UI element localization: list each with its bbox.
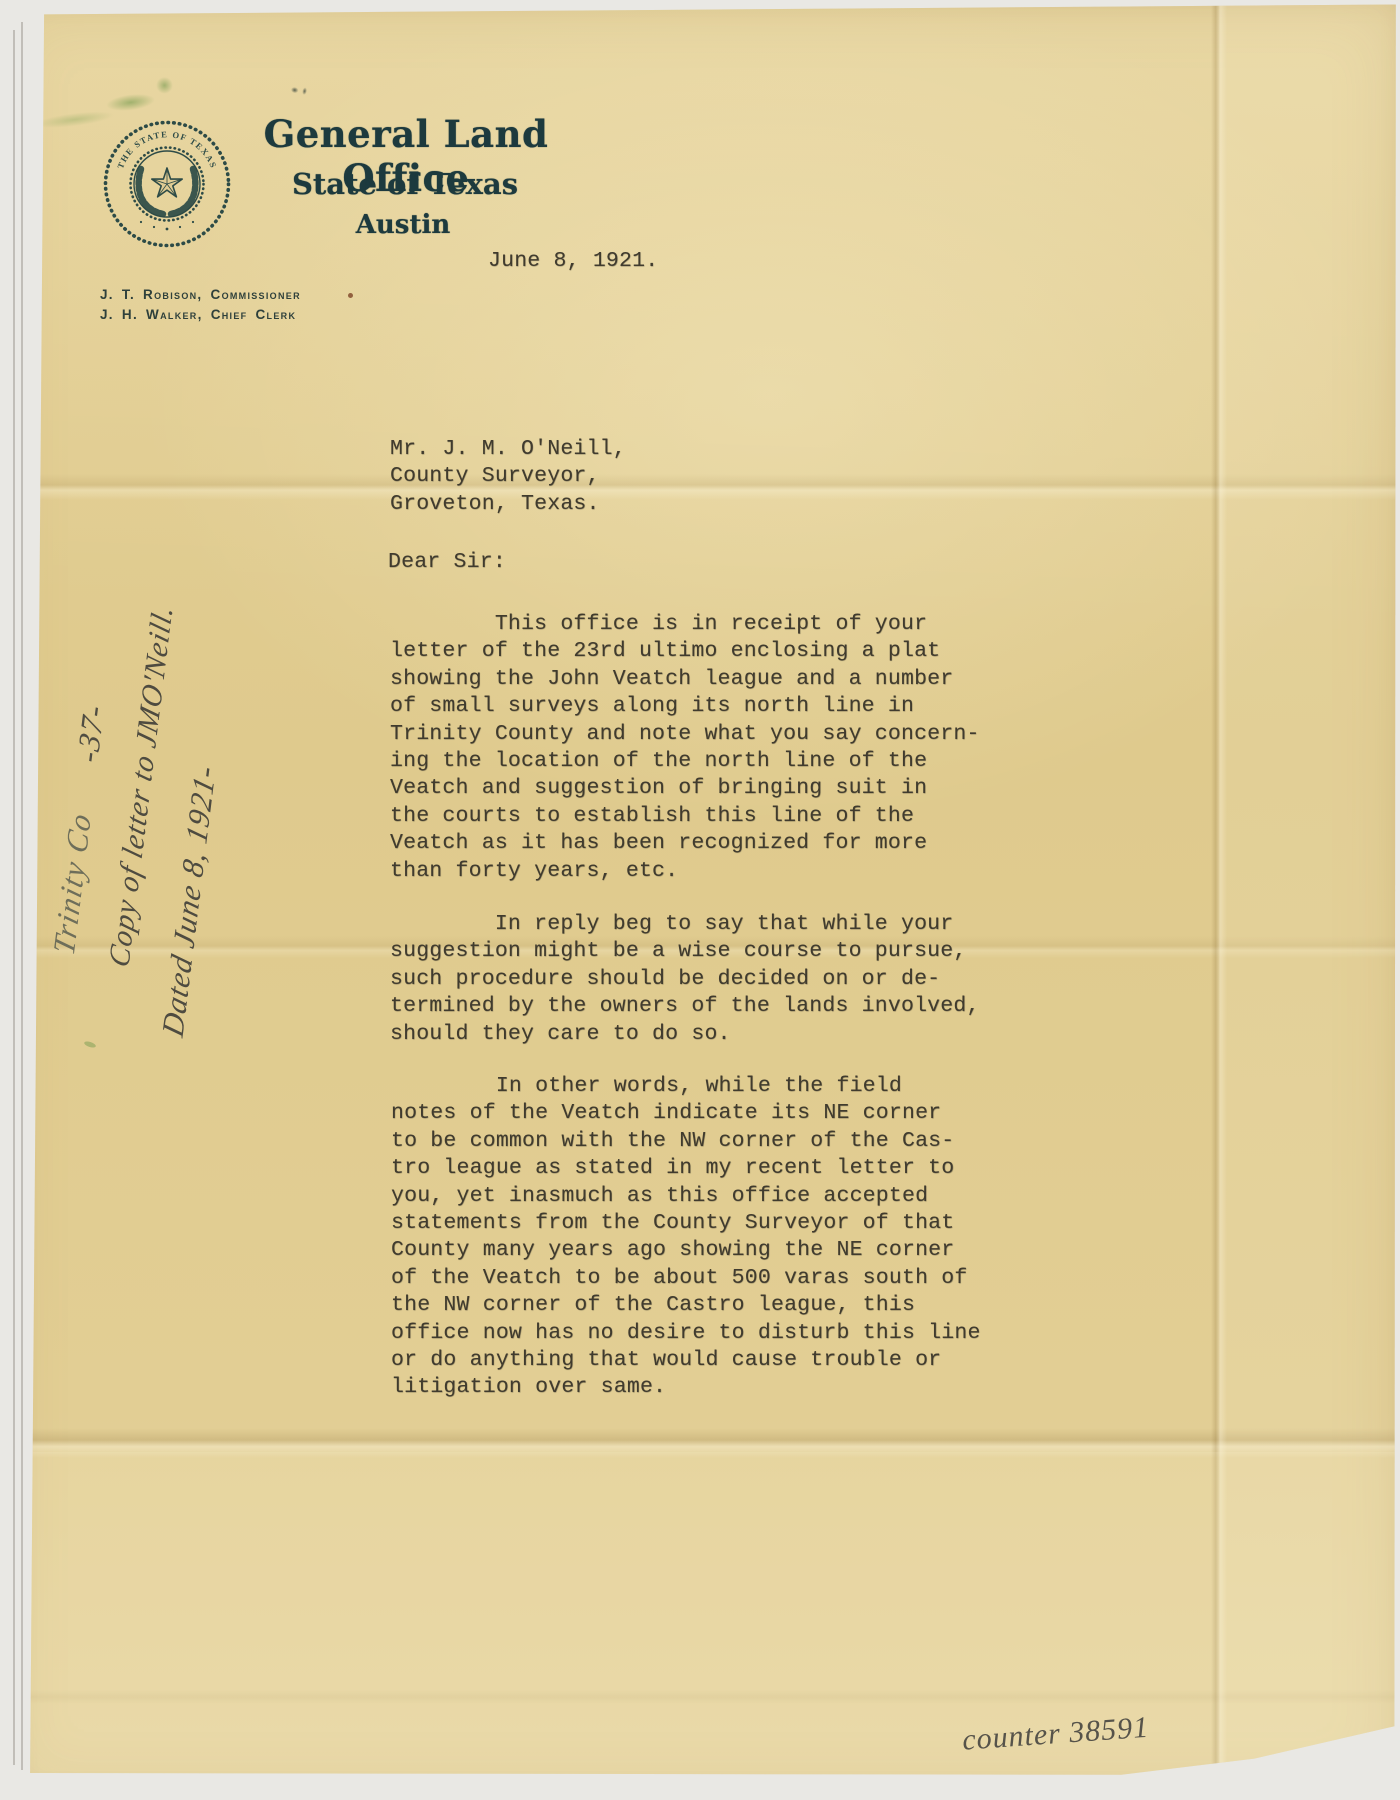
fold-crease <box>0 1428 1400 1458</box>
paper-edge-shading <box>0 0 1400 1800</box>
city-line: Austin <box>303 210 503 240</box>
letter-paragraph: In reply beg to say that while your sugg… <box>390 911 980 1048</box>
fold-crease <box>0 1690 1400 1704</box>
recipient-address: Mr. J. M. O'Neill, County Surveyor, Grov… <box>390 436 626 518</box>
dark-speck <box>287 84 311 98</box>
vertical-fold-line <box>1211 0 1227 1800</box>
scanned-letter-page: { "letterhead": { "agency": "General Lan… <box>0 0 1400 1800</box>
state-line: State of Texas <box>255 167 555 201</box>
letter-paragraph: In other words, while the field notes of… <box>391 1073 981 1402</box>
green-speck <box>84 1040 97 1048</box>
page-stack-edge <box>13 30 15 1765</box>
right-edge-light-band <box>1219 0 1400 1800</box>
ink-dot <box>348 293 353 298</box>
page-stack-edge <box>21 22 23 1770</box>
margin-note-county: Trinity Co <box>46 808 97 958</box>
chief-clerk-name: J. H. Walker, Chief Clerk <box>100 307 296 322</box>
margin-note-date: Dated June 8, 1921- <box>155 667 235 1040</box>
margin-note-number: -37- <box>70 699 111 766</box>
letter-paper: THE STATE OF TEXAS General Land Office S… <box>0 0 1400 1800</box>
counter-number: counter 38591 <box>961 1704 1243 1757</box>
seal-bottom-ornaments <box>140 221 194 231</box>
fold-crease <box>0 474 1400 500</box>
commissioner-name: J. T. Robison, Commissioner <box>100 287 301 302</box>
letter-paragraph: This office is in receipt of your letter… <box>390 611 980 885</box>
salutation: Dear Sir: <box>388 549 506 576</box>
letter-date: June 8, 1921. <box>488 248 658 275</box>
